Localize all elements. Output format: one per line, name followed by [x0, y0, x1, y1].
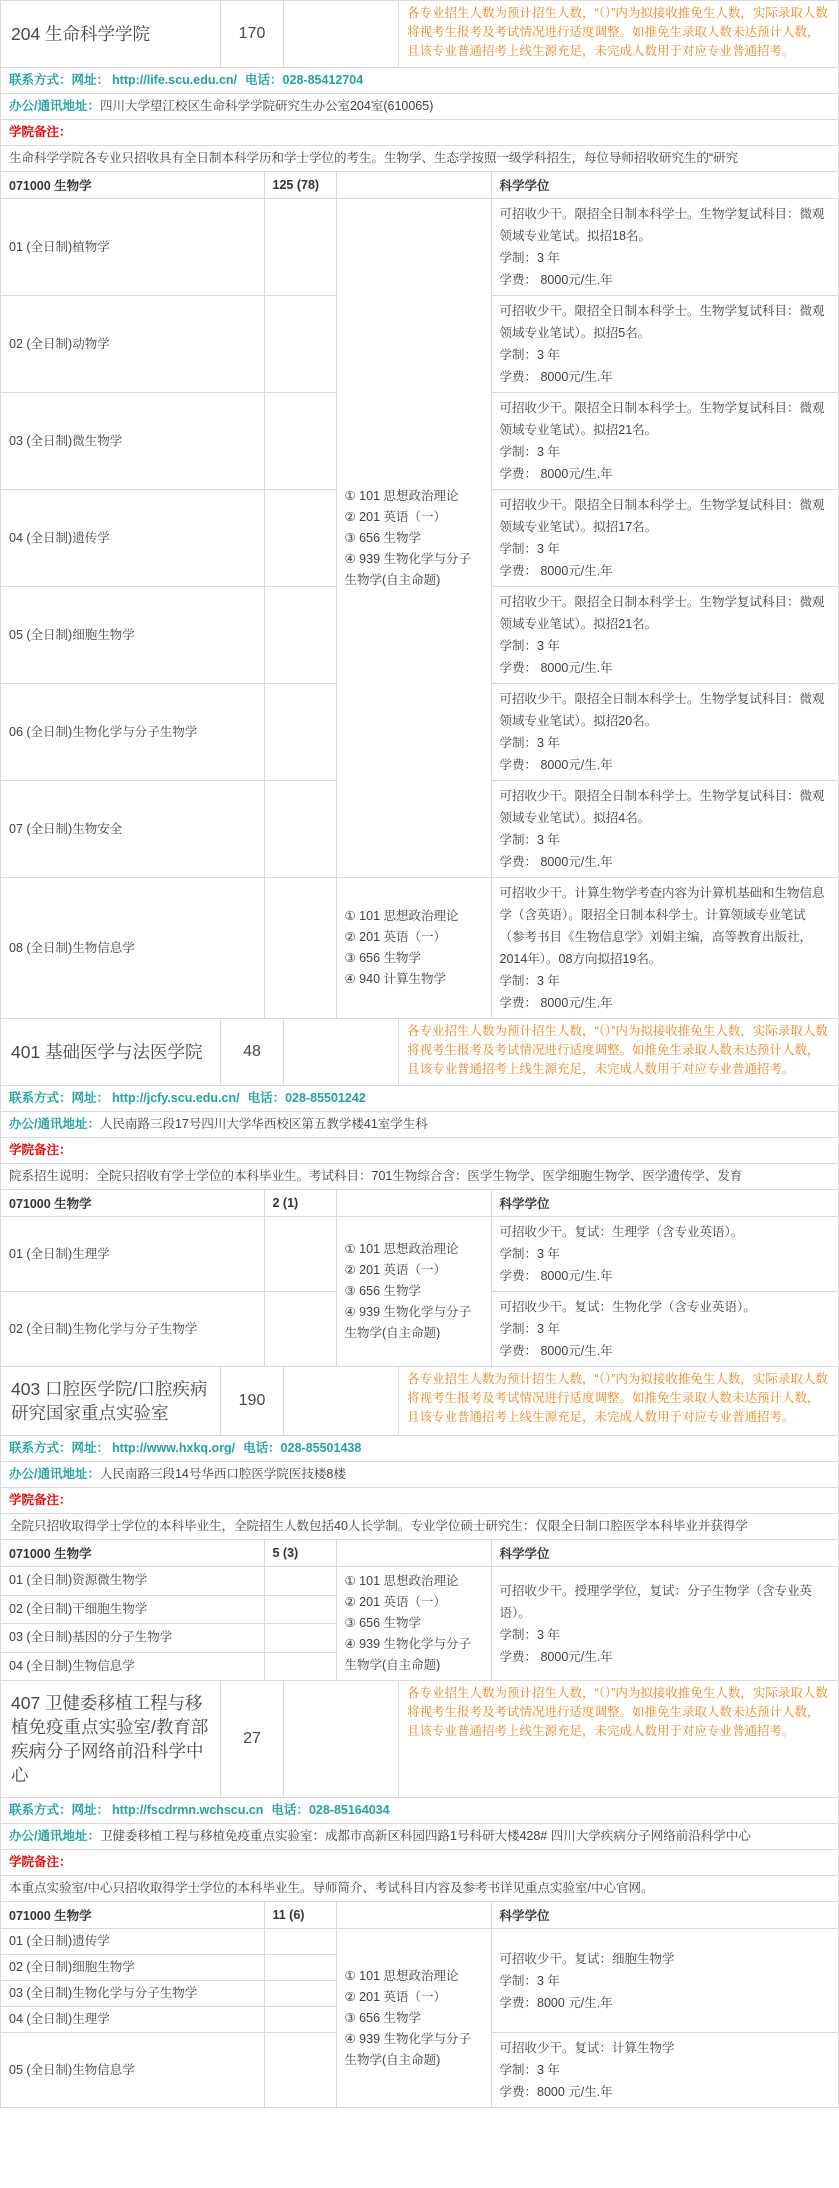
- exam-subjects: ① 101 思想政治理论 ② 201 英语（一） ③ 656 生物学 ④ 939…: [336, 1217, 491, 1367]
- program-row-name: 02 (全日制)细胞生物学: [1, 1955, 264, 1981]
- count-cell-empty: [264, 878, 336, 1019]
- dept-note-row: 生命科学学院各专业只招收具有全日制本科学历和学士学位的考生。生物学、生态学按照一…: [1, 146, 838, 172]
- program-row-name: 08 (全日制)生物信息学: [1, 878, 264, 1019]
- program-row-name: 04 (全日制)生理学: [1, 2007, 264, 2033]
- count-cell-empty: [264, 1567, 336, 1596]
- program-header-empty: [336, 1540, 491, 1567]
- count-cell-empty: [264, 587, 336, 684]
- dept-note-row: 院系招生说明：全院只招收有学士学位的本科毕业生。考试科目：701生物综合含：医学…: [1, 1164, 838, 1190]
- dept-note-row: 本重点实验室/中心只招收取得学士学位的本科毕业生。导师简介、考试科目内容及参考书…: [1, 1876, 838, 1902]
- program-header-row: 071000 生物学 125 (78) 科学学位: [1, 172, 838, 199]
- dept-note-label-row: 学院备注：: [1, 1488, 838, 1514]
- count-cell-empty: [264, 1595, 336, 1624]
- college-name: 403 口腔医学院/口腔疾病研究国家重点实验室: [1, 1367, 221, 1435]
- dept-note-label: 学院备注：: [9, 1855, 72, 1869]
- program-row-name: 02 (全日制)动物学: [1, 296, 264, 393]
- exam-subjects: ① 101 思想政治理论 ② 201 英语（一） ③ 656 生物学 ④ 940…: [336, 878, 491, 1019]
- college-empty-cell: [284, 1681, 399, 1797]
- address-row: 办公/通讯地址：卫健委移植工程与移植免疫重点实验室：成都市高新区科园四路1号科研…: [1, 1824, 838, 1850]
- recruit-note: 各专业招生人数为预计招生人数，“（）”内为拟接收推免生人数，实际录取人数将视考生…: [399, 1681, 838, 1797]
- program-header-empty: [336, 1190, 491, 1217]
- program-count: 5 (3): [264, 1540, 336, 1567]
- dept-note-label: 学院备注：: [9, 1493, 72, 1507]
- program-code: 071000 生物学: [1, 1902, 264, 1929]
- recruit-note: 各专业招生人数为预计招生人数，“（）”内为拟接收推免生人数，实际录取人数将视考生…: [399, 1367, 838, 1435]
- program-remark: 可招收少干。复试：计算生物学 学制：3 年 学费：8000 元/生.年: [491, 2033, 838, 2108]
- phone-label: 电话：: [245, 73, 283, 87]
- program-table: 071000 生物学 5 (3) 科学学位 01 (全日制)资源微生物学 ① 1…: [1, 1540, 838, 1681]
- program-row-name: 05 (全日制)细胞生物学: [1, 587, 264, 684]
- address-label: 办公/通讯地址：: [9, 1467, 100, 1481]
- address-label: 办公/通讯地址：: [9, 99, 100, 113]
- website-link[interactable]: http://fscdrmn.wchscu.cn: [112, 1803, 263, 1817]
- program-count: 11 (6): [264, 1902, 336, 1929]
- program-remark: 可招收少干。复试：生理学（含专业英语）。 学制：3 年 学费： 8000元/生.…: [491, 1217, 838, 1292]
- recruit-note: 各专业招生人数为预计招生人数，“（）”内为拟接收推免生人数，实际录取人数将视考生…: [399, 1019, 838, 1085]
- program-row-name: 01 (全日制)资源微生物学: [1, 1567, 264, 1596]
- program-code: 071000 生物学: [1, 1540, 264, 1567]
- address-value: 人民南路三段17号四川大学华西校区第五教学楼41室学生科: [100, 1117, 428, 1131]
- program-table: 071000 生物学 2 (1) 科学学位 01 (全日制)生理学 ① 101 …: [1, 1190, 838, 1367]
- degree-type: 科学学位: [491, 1540, 838, 1567]
- address-row: 办公/通讯地址：人民南路三段17号四川大学华西校区第五教学楼41室学生科: [1, 1112, 838, 1138]
- phone-value: 028-85164034: [309, 1803, 390, 1817]
- degree-type: 科学学位: [491, 1902, 838, 1929]
- program-row-name: 02 (全日制)干细胞生物学: [1, 1595, 264, 1624]
- website-link[interactable]: http://www.hxkq.org/: [112, 1441, 235, 1455]
- table-row: 01 (全日制)生理学 ① 101 思想政治理论 ② 201 英语（一） ③ 6…: [1, 1217, 838, 1292]
- program-table: 071000 生物学 11 (6) 科学学位 01 (全日制)遗传学 ① 101…: [1, 1902, 838, 2108]
- address-value: 四川大学望江校区生命科学学院研究生办公室204室(610065): [100, 99, 433, 113]
- program-header-row: 071000 生物学 2 (1) 科学学位: [1, 1190, 838, 1217]
- college-empty-cell: [284, 1367, 399, 1435]
- program-count: 125 (78): [264, 172, 336, 199]
- count-cell-empty: [264, 199, 336, 296]
- program-remark: 可招收少干。限招全日制本科学士。生物学复试科目：微观领域专业笔试）。拟招21名。…: [491, 393, 838, 490]
- college-empty-cell: [284, 1, 399, 67]
- college-name: 407 卫健委移植工程与移植免疫重点实验室/教育部疾病分子网络前沿科学中心: [1, 1681, 221, 1797]
- phone-label: 电话：: [243, 1441, 281, 1455]
- contact-label: 联系方式：网址：: [9, 1441, 109, 1455]
- count-cell-empty: [264, 1981, 336, 2007]
- program-remark: 可招收少干。授理学学位，复试：分子生物学（含专业英语）。 学制：3 年 学费： …: [491, 1567, 838, 1681]
- program-row-name: 05 (全日制)生物信息学: [1, 2033, 264, 2108]
- program-row-name: 01 (全日制)植物学: [1, 199, 264, 296]
- count-cell-empty: [264, 490, 336, 587]
- phone-value: 028-85501438: [281, 1441, 362, 1455]
- contact-label: 联系方式：网址：: [9, 1091, 109, 1105]
- program-remark: 可招收少干。限招全日制本科学士。生物学复试科目：微观领域专业笔试）。拟招17名。…: [491, 490, 838, 587]
- program-remark: 可招收少干。限招全日制本科学士。生物学复试科目：微观领域专业笔试）。拟招20名。…: [491, 684, 838, 781]
- program-row-name: 03 (全日制)基因的分子生物学: [1, 1624, 264, 1653]
- program-row-name: 03 (全日制)生物化学与分子生物学: [1, 1981, 264, 2007]
- count-cell-empty: [264, 2007, 336, 2033]
- count-cell-empty: [264, 296, 336, 393]
- program-row-name: 03 (全日制)微生物学: [1, 393, 264, 490]
- count-cell-empty: [264, 1929, 336, 1955]
- program-header-empty: [336, 172, 491, 199]
- table-row: 01 (全日制)资源微生物学 ① 101 思想政治理论 ② 201 英语（一） …: [1, 1567, 838, 1596]
- program-table: 071000 生物学 125 (78) 科学学位 01 (全日制)植物学 ① 1…: [1, 172, 838, 1019]
- exam-subjects: ① 101 思想政治理论 ② 201 英语（一） ③ 656 生物学 ④ 939…: [336, 1567, 491, 1681]
- count-cell-empty: [264, 684, 336, 781]
- program-header-row: 071000 生物学 11 (6) 科学学位: [1, 1902, 838, 1929]
- count-cell-empty: [264, 781, 336, 878]
- admissions-catalog-page: 204 生命科学学院 170 各专业招生人数为预计招生人数，“（）”内为拟接收推…: [0, 0, 839, 2108]
- exam-subjects: ① 101 思想政治理论 ② 201 英语（一） ③ 656 生物学 ④ 939…: [336, 1929, 491, 2108]
- program-code: 071000 生物学: [1, 172, 264, 199]
- dept-note-label-row: 学院备注：: [1, 1850, 838, 1876]
- count-cell-empty: [264, 1652, 336, 1681]
- program-remark: 可招收少干。限招全日制本科学士。生物学复试科目：微观领域专业笔试。拟招18名。 …: [491, 199, 838, 296]
- count-cell-empty: [264, 1624, 336, 1653]
- address-label: 办公/通讯地址：: [9, 1829, 100, 1843]
- program-remark: 可招收少干。限招全日制本科学士。生物学复试科目：微观领域专业笔试）。拟招5名。 …: [491, 296, 838, 393]
- program-count: 2 (1): [264, 1190, 336, 1217]
- phone-value: 028-85501242: [285, 1091, 366, 1105]
- program-header-empty: [336, 1902, 491, 1929]
- count-cell-empty: [264, 1292, 336, 1367]
- college-total-count: 190: [221, 1367, 284, 1435]
- count-cell-empty: [264, 393, 336, 490]
- table-row: 01 (全日制)遗传学 ① 101 思想政治理论 ② 201 英语（一） ③ 6…: [1, 1929, 838, 1955]
- college-header-row: 401 基础医学与法医学院 48 各专业招生人数为预计招生人数，“（）”内为拟接…: [1, 1019, 838, 1086]
- contact-row: 联系方式：网址：http://www.hxkq.org/电话：028-85501…: [1, 1436, 838, 1462]
- college-total-count: 27: [221, 1681, 284, 1797]
- college-header-row: 407 卫健委移植工程与移植免疫重点实验室/教育部疾病分子网络前沿科学中心 27…: [1, 1681, 838, 1798]
- dept-note-label-row: 学院备注：: [1, 1138, 838, 1164]
- website-link[interactable]: http://jcfy.scu.edu.cn/: [112, 1091, 240, 1105]
- college-total-count: 170: [221, 1, 284, 67]
- count-cell-empty: [264, 1955, 336, 1981]
- college-header-row: 403 口腔医学院/口腔疾病研究国家重点实验室 190 各专业招生人数为预计招生…: [1, 1367, 838, 1436]
- program-remark: 可招收少干。限招全日制本科学士。生物学复试科目：微观领域专业笔试）。拟招21名。…: [491, 587, 838, 684]
- dept-note-row: 全院只招收取得学士学位的本科毕业生，全院招生人数包括40人长学制。专业学位硕士研…: [1, 1514, 838, 1540]
- program-header-row: 071000 生物学 5 (3) 科学学位: [1, 1540, 838, 1567]
- dept-note-label-row: 学院备注：: [1, 120, 838, 146]
- program-row-name: 01 (全日制)遗传学: [1, 1929, 264, 1955]
- program-row-name: 06 (全日制)生物化学与分子生物学: [1, 684, 264, 781]
- dept-note-label: 学院备注：: [9, 125, 72, 139]
- program-row-name: 01 (全日制)生理学: [1, 1217, 264, 1292]
- count-cell-empty: [264, 1217, 336, 1292]
- exam-subjects: ① 101 思想政治理论 ② 201 英语（一） ③ 656 生物学 ④ 939…: [336, 199, 491, 878]
- program-remark: 可招收少干。复试：细胞生物学 学制：3 年 学费：8000 元/生.年: [491, 1929, 838, 2033]
- phone-label: 电话：: [271, 1803, 309, 1817]
- college-total-count: 48: [221, 1019, 284, 1085]
- table-row: 08 (全日制)生物信息学 ① 101 思想政治理论 ② 201 英语（一） ③…: [1, 878, 838, 1019]
- degree-type: 科学学位: [491, 172, 838, 199]
- program-row-name: 04 (全日制)生物信息学: [1, 1652, 264, 1681]
- contact-row: 联系方式：网址：http://life.scu.edu.cn/电话：028-85…: [1, 68, 838, 94]
- contact-row: 联系方式：网址：http://fscdrmn.wchscu.cn电话：028-8…: [1, 1798, 838, 1824]
- program-code: 071000 生物学: [1, 1190, 264, 1217]
- program-row-name: 04 (全日制)遗传学: [1, 490, 264, 587]
- program-remark: 可招收少干。计算生物学考查内容为计算机基础和生物信息学（含英语）。限招全日制本科…: [491, 878, 838, 1019]
- contact-label: 联系方式：网址：: [9, 73, 109, 87]
- program-remark: 可招收少干。限招全日制本科学士。生物学复试科目：微观领域专业笔试）。拟招4名。 …: [491, 781, 838, 878]
- college-name: 401 基础医学与法医学院: [1, 1019, 221, 1085]
- college-empty-cell: [284, 1019, 399, 1085]
- dept-note-label: 学院备注：: [9, 1143, 72, 1157]
- program-row-name: 02 (全日制)生物化学与分子生物学: [1, 1292, 264, 1367]
- degree-type: 科学学位: [491, 1190, 838, 1217]
- table-row: 01 (全日制)植物学 ① 101 思想政治理论 ② 201 英语（一） ③ 6…: [1, 199, 838, 296]
- address-row: 办公/通讯地址：人民南路三段14号华西口腔医学院医技楼8楼: [1, 1462, 838, 1488]
- website-link[interactable]: http://life.scu.edu.cn/: [112, 73, 237, 87]
- contact-row: 联系方式：网址：http://jcfy.scu.edu.cn/电话：028-85…: [1, 1086, 838, 1112]
- recruit-note: 各专业招生人数为预计招生人数，“（）”内为拟接收推免生人数，实际录取人数将视考生…: [399, 1, 838, 67]
- address-value: 人民南路三段14号华西口腔医学院医技楼8楼: [100, 1467, 346, 1481]
- program-remark: 可招收少干。复试：生物化学（含专业英语）。 学制：3 年 学费： 8000元/生…: [491, 1292, 838, 1367]
- phone-value: 028-85412704: [283, 73, 364, 87]
- college-header-row: 204 生命科学学院 170 各专业招生人数为预计招生人数，“（）”内为拟接收推…: [1, 1, 838, 68]
- address-row: 办公/通讯地址：四川大学望江校区生命科学学院研究生办公室204室(610065): [1, 94, 838, 120]
- count-cell-empty: [264, 2033, 336, 2108]
- college-name: 204 生命科学学院: [1, 1, 221, 67]
- program-row-name: 07 (全日制)生物安全: [1, 781, 264, 878]
- address-value: 卫健委移植工程与移植免疫重点实验室：成都市高新区科园四路1号科研大楼428# 四…: [100, 1829, 751, 1843]
- address-label: 办公/通讯地址：: [9, 1117, 100, 1131]
- phone-label: 电话：: [248, 1091, 286, 1105]
- contact-label: 联系方式：网址：: [9, 1803, 109, 1817]
